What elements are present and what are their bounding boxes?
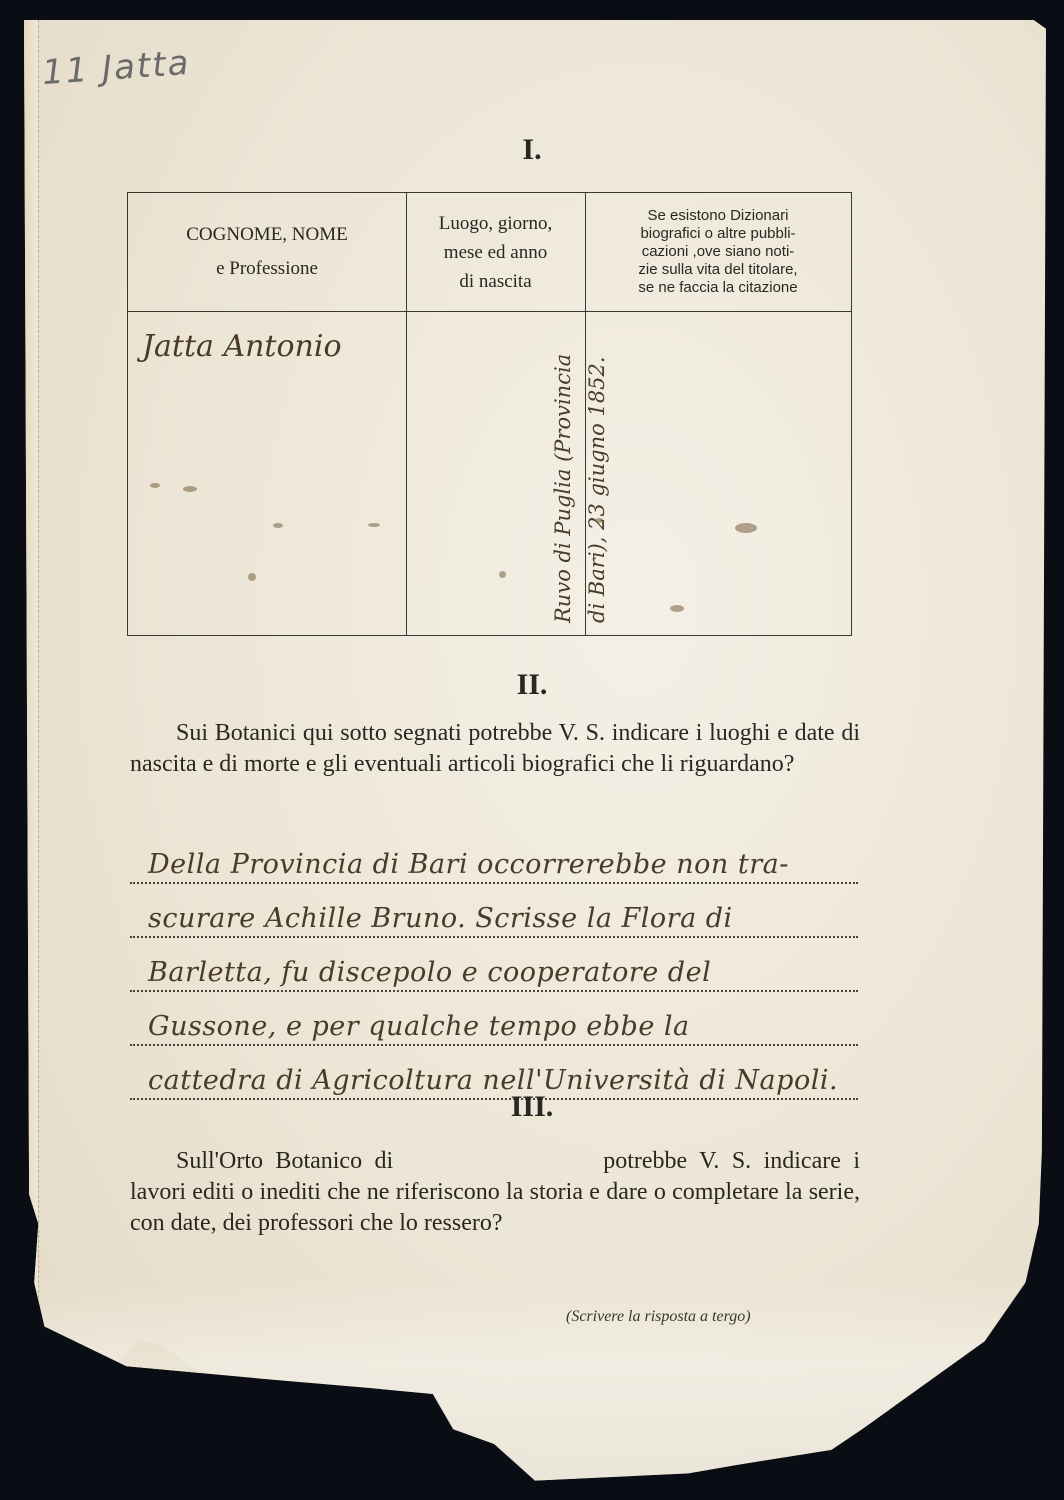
- footnote: (Scrivere la risposta a tergo): [566, 1308, 751, 1326]
- answer-line: scurare Achille Bruno. Scrisse la Flora …: [130, 884, 858, 938]
- ink-blot: [735, 523, 757, 533]
- ink-blot: [273, 523, 283, 528]
- ink-blot: [499, 571, 506, 578]
- section-3-number: III.: [0, 1090, 1064, 1124]
- section-2-question: Sui Botanici qui sotto segnati potrebbe …: [130, 718, 860, 780]
- header-citations-line: cazioni ,ove siano noti-: [638, 243, 797, 261]
- header-birth: Luogo, giorno, mese ed anno di nascita: [406, 193, 585, 312]
- answer-text: Gussone, e per qualche tempo ebbe la: [148, 1011, 690, 1042]
- ink-blot: [183, 486, 197, 492]
- header-birth-line: Luogo, giorno,: [439, 209, 552, 238]
- section-3-question: Sull'Orto Botanico dipotrebbe V. S. indi…: [130, 1146, 860, 1239]
- answer-text: scurare Achille Bruno. Scrisse la Flora …: [148, 903, 733, 934]
- answer-line: Della Provincia di Bari occorrerebbe non…: [130, 830, 858, 884]
- ink-blot: [368, 523, 380, 527]
- ink-blot: [595, 518, 603, 523]
- ink-blot: [150, 483, 160, 488]
- answer-text: Della Provincia di Bari occorrerebbe non…: [148, 849, 789, 880]
- column-name: COGNOME, NOME e Professione Jatta Antoni…: [128, 193, 407, 635]
- question-part-1: Sull'Orto Botanico di: [176, 1148, 393, 1174]
- header-citations-line: Se esistono Dizionari: [638, 207, 797, 225]
- name-value: Jatta Antonio: [142, 329, 342, 364]
- birth-line: Ruvo di Puglia (Provincia: [546, 313, 580, 623]
- header-name: COGNOME, NOME e Professione: [128, 193, 406, 312]
- section-2-number: II.: [0, 668, 1064, 702]
- torn-corner: [64, 1340, 314, 1460]
- section-1-number: I.: [0, 133, 1064, 167]
- answer-text: Barletta, fu discepolo e cooperatore del: [148, 957, 711, 988]
- header-citations-line: zie sulla vita del titolare,: [638, 261, 797, 279]
- section-2-answer: Della Provincia di Bari occorrerebbe non…: [130, 830, 858, 1100]
- ink-blot: [248, 573, 256, 581]
- header-name-line: COGNOME, NOME: [186, 218, 348, 252]
- header-name-line: e Professione: [186, 252, 348, 286]
- answer-line: Gussone, e per qualche tempo ebbe la: [130, 992, 858, 1046]
- ink-blot: [670, 605, 684, 612]
- header-birth-line: di nascita: [439, 267, 552, 296]
- column-birth: Luogo, giorno, mese ed anno di nascita R…: [406, 193, 586, 635]
- header-citations: Se esistono Dizionari biografici o altre…: [585, 193, 851, 312]
- column-citations: Se esistono Dizionari biografici o altre…: [585, 193, 851, 635]
- header-citations-line: biografici o altre pubbli-: [638, 225, 797, 243]
- header-birth-line: mese ed anno: [439, 238, 552, 267]
- header-citations-line: se ne faccia la citazione: [638, 279, 797, 297]
- biographical-table: COGNOME, NOME e Professione Jatta Antoni…: [127, 192, 852, 636]
- answer-line: Barletta, fu discepolo e cooperatore del: [130, 938, 858, 992]
